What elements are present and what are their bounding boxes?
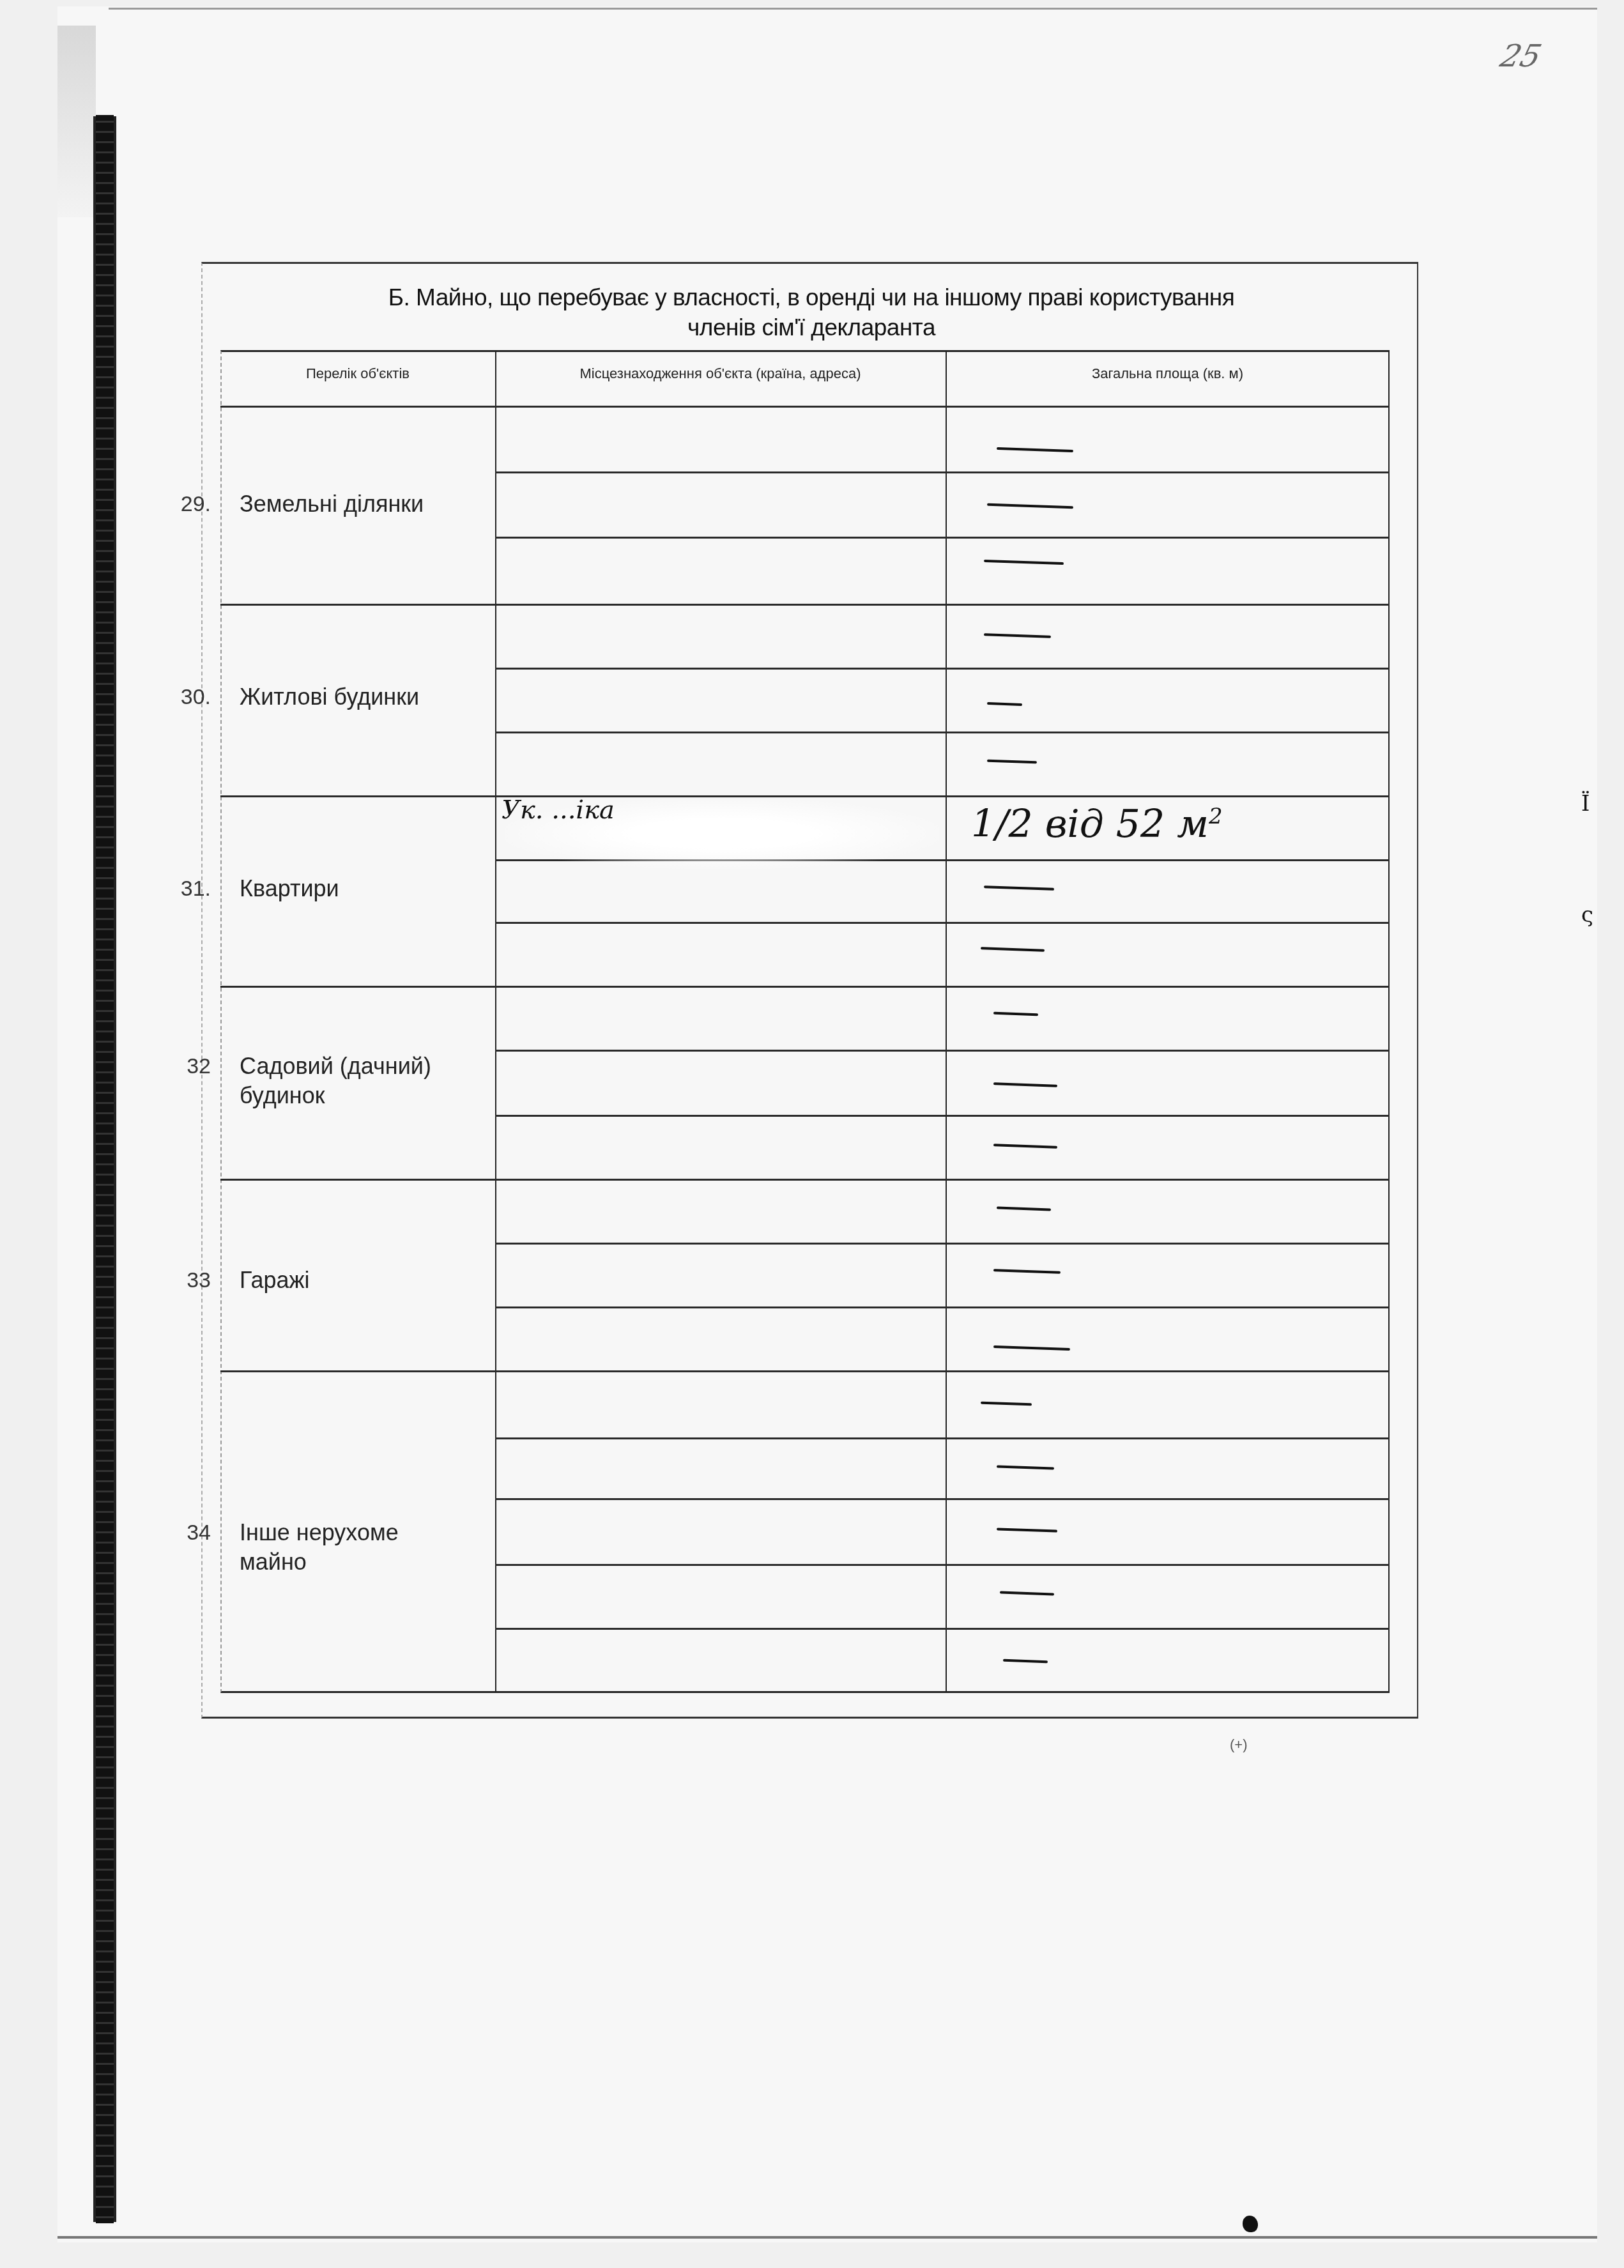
page-bottom-edge xyxy=(57,2236,1597,2239)
group-number: 29. xyxy=(172,492,211,517)
group-label-houses: Житлові будинки xyxy=(240,682,419,712)
row-divider xyxy=(495,1437,1390,1439)
row-divider xyxy=(495,1628,1390,1630)
row-divider xyxy=(495,1243,1390,1245)
column-divider-1 xyxy=(495,350,496,1693)
group-number: 33 xyxy=(172,1268,211,1293)
group-number: 30. xyxy=(172,685,211,710)
handwritten-area: 1/2 від 52 м2 xyxy=(971,802,1223,847)
property-table xyxy=(220,350,1390,1693)
group-label-garden-house: Садовий (дачний) будинок xyxy=(240,1052,482,1110)
header-objects: Перелік об'єктів xyxy=(220,365,495,382)
page-top-edge xyxy=(109,8,1597,10)
group-label-land: Земельні ділянки xyxy=(240,489,424,519)
group-divider xyxy=(220,795,1390,797)
row-divider xyxy=(495,1115,1390,1117)
row-divider xyxy=(495,471,1390,473)
header-divider xyxy=(220,406,1390,408)
ink-blot xyxy=(1243,2216,1258,2232)
handwritten-location: Ук. ...іка xyxy=(502,795,615,825)
stray-mark: (+) xyxy=(1230,1736,1248,1753)
row-divider xyxy=(495,1564,1390,1566)
section-title-line2: членів сім'ї декларанта xyxy=(211,314,1412,341)
margin-mark: ς xyxy=(1581,902,1593,928)
group-label-other-realty: Інше нерухоме майно xyxy=(240,1518,470,1577)
handwritten-area-superscript: 2 xyxy=(1209,804,1223,829)
binding-strip xyxy=(96,115,114,2223)
margin-mark: Ї xyxy=(1581,791,1590,816)
group-label-apartments: Квартири xyxy=(240,874,339,903)
row-divider xyxy=(495,668,1390,670)
row-divider xyxy=(495,1050,1390,1052)
row-divider xyxy=(495,922,1390,924)
group-number: 34 xyxy=(172,1521,211,1545)
section-title: Б. Майно, що перебуває у власності, в ор… xyxy=(211,284,1412,311)
header-location: Місцезнаходження об'єкта (країна, адреса… xyxy=(495,365,946,382)
column-divider-2 xyxy=(946,350,947,1693)
binding-shadow xyxy=(57,26,96,217)
group-label-garages: Гаражі xyxy=(240,1266,310,1295)
row-divider xyxy=(495,1306,1390,1308)
handwritten-area-value: 1/2 від 52 м xyxy=(971,802,1209,847)
group-divider xyxy=(220,604,1390,606)
group-divider xyxy=(220,986,1390,988)
row-divider xyxy=(495,732,1390,733)
row-divider xyxy=(495,537,1390,539)
group-number: 31. xyxy=(172,877,211,901)
group-divider xyxy=(220,1179,1390,1181)
header-area: Загальна площа (кв. м) xyxy=(946,365,1390,382)
row-divider xyxy=(495,1498,1390,1500)
group-number: 32 xyxy=(172,1054,211,1079)
group-divider xyxy=(220,1370,1390,1372)
